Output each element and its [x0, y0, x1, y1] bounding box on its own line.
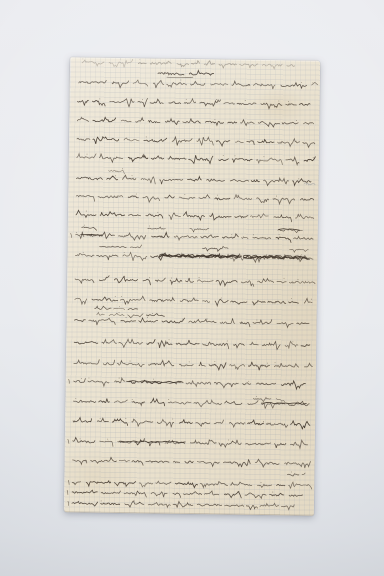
handwriting-layer: [64, 57, 320, 515]
manuscript-page: [64, 57, 320, 515]
